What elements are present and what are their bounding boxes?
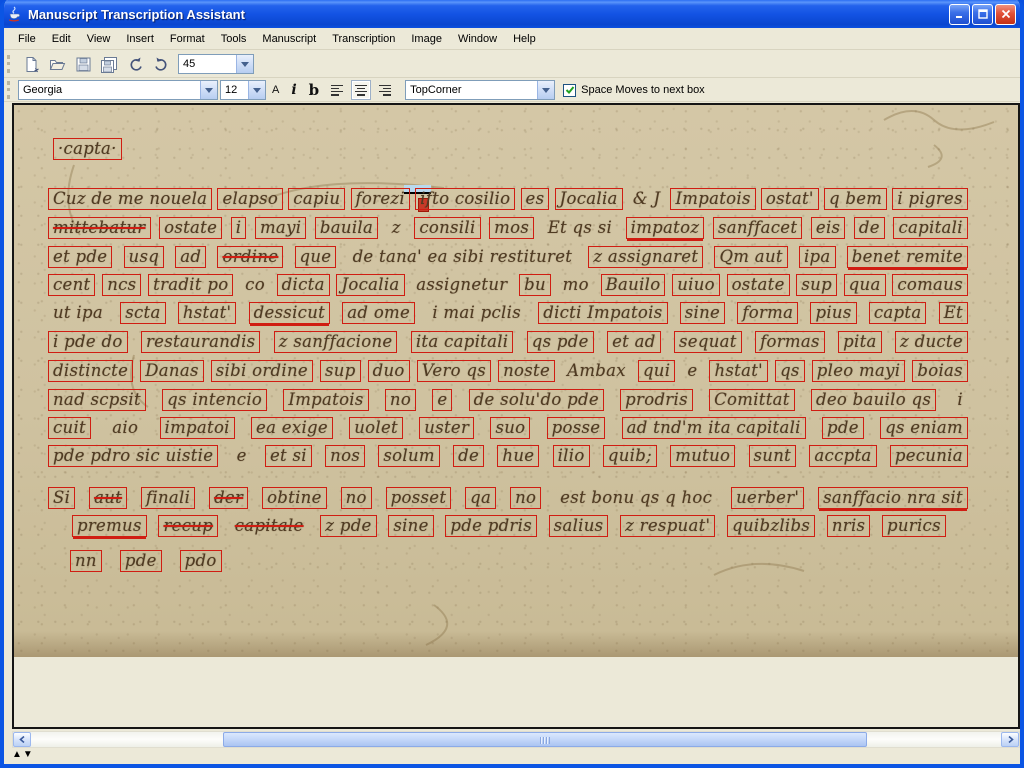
word-box[interactable]: ·capta·	[53, 138, 122, 160]
word-box[interactable]: restaurandis	[141, 331, 260, 353]
word-box[interactable]: pde pdro sic uistie	[48, 445, 218, 467]
word-box[interactable]: cent	[48, 274, 95, 296]
space-moves-checkbox[interactable]	[563, 84, 576, 97]
word-box[interactable]: i pigres	[892, 188, 967, 210]
word[interactable]: assignetur	[411, 274, 512, 296]
word-box[interactable]: pius	[810, 302, 856, 324]
manuscript-line: Siautfinaliderobtinenopossetqanoest bonu…	[48, 487, 968, 509]
font-size-dropdown-button[interactable]	[248, 81, 265, 99]
word-box[interactable]: duo	[368, 360, 410, 382]
word-box[interactable]: e	[432, 389, 452, 411]
redo-icon	[153, 56, 170, 73]
word-box[interactable]: suo	[490, 417, 530, 439]
menu-bar: FileEditViewInsertFormatToolsManuscriptT…	[4, 28, 1020, 50]
word-box[interactable]: Vero qs	[417, 360, 491, 382]
font-size-combobox[interactable]: 12	[220, 80, 266, 100]
menu-item-edit[interactable]: Edit	[44, 30, 79, 48]
word-box[interactable]: usq	[124, 246, 165, 268]
word-box[interactable]: hstat'	[178, 302, 237, 324]
word[interactable]: co	[240, 274, 270, 296]
window-title: Manuscript Transcription Assistant	[28, 7, 949, 22]
word-box[interactable]: nris	[827, 515, 870, 537]
word-box[interactable]: que	[295, 246, 337, 268]
word-box[interactable]: uolet	[349, 417, 403, 439]
menu-item-tools[interactable]: Tools	[213, 30, 255, 48]
word-box[interactable]: q bem	[824, 188, 887, 210]
menu-item-format[interactable]: Format	[162, 30, 213, 48]
word-box[interactable]: qs pde	[527, 331, 594, 353]
word-box[interactable]: nos	[325, 445, 365, 467]
word-box[interactable]: et si	[265, 445, 312, 467]
manuscript-line: Cuz de me nouelaelapsocapiuforeziifto co…	[48, 188, 968, 210]
zoom-combobox[interactable]: 45	[178, 54, 254, 74]
zoom-value[interactable]: 45	[179, 58, 236, 70]
undo-icon	[127, 56, 144, 73]
word-box[interactable]: Danas	[140, 360, 204, 382]
manuscript-line: cuitaioimpatoiea exigeuoletustersuoposse…	[48, 417, 968, 439]
word-box[interactable]: uerber'	[731, 487, 804, 509]
word-box[interactable]: sine	[388, 515, 433, 537]
align-left-icon	[331, 85, 343, 96]
word-box[interactable]: ea exige	[251, 417, 333, 439]
open-folder-icon	[49, 56, 66, 73]
word-box[interactable]: Impatois	[283, 389, 368, 411]
font-color-button[interactable]: A	[272, 84, 279, 96]
anchor-value[interactable]: TopCorner	[406, 84, 537, 96]
word-box[interactable]: ad tnd'm ita capitali	[622, 417, 806, 439]
word-box[interactable]: Bauilo	[601, 274, 666, 296]
save-icon	[75, 56, 92, 73]
word-box[interactable]: comaus	[892, 274, 968, 296]
manuscript-line: ·capta·	[53, 138, 968, 160]
word-box[interactable]: ad	[175, 246, 206, 268]
word-box[interactable]: cuit	[48, 417, 91, 439]
manuscript-line: centncstradit pocodictaJocaliaassignetur…	[48, 274, 968, 296]
word-box[interactable]: sup	[796, 274, 837, 296]
word-box[interactable]: es	[521, 188, 550, 210]
word-box[interactable]: dicti Impatois	[538, 302, 667, 324]
word-box[interactable]: Qm aut	[714, 246, 787, 268]
word-box[interactable]: forezi	[351, 188, 410, 210]
menu-item-manuscript[interactable]: Manuscript	[254, 30, 324, 48]
word-box[interactable]: solum	[378, 445, 439, 467]
word-box[interactable]: z sanffacione	[274, 331, 398, 353]
word[interactable]: Ambax	[562, 360, 631, 382]
toolbar-grip[interactable]	[7, 55, 14, 73]
manuscript-line: mittebaturostateimayibauilazconsilimosEt…	[48, 217, 968, 239]
word-box[interactable]: Cuz de me nouela	[48, 188, 212, 210]
word[interactable]: ut ipa	[48, 302, 108, 324]
word-box[interactable]: dessicut	[249, 302, 330, 324]
space-moves-label: Space Moves to next box	[581, 84, 705, 96]
word-box[interactable]: recup	[158, 515, 218, 537]
word-box[interactable]: capta	[869, 302, 927, 324]
chevron-down-icon	[205, 88, 213, 93]
word-box[interactable]: deo bauilo qs	[811, 389, 936, 411]
word-box[interactable]: sanffacet	[713, 217, 802, 239]
word-box[interactable]: scta	[120, 302, 165, 324]
scroll-left-button[interactable]	[13, 732, 31, 747]
word-box[interactable]: dicta	[277, 274, 330, 296]
arrow-right-icon	[1007, 736, 1014, 743]
horizontal-scrollbar[interactable]	[12, 731, 1020, 748]
word-box[interactable]: et ad	[607, 331, 661, 353]
main-toolbar: 45	[4, 51, 1020, 78]
word-box[interactable]: nad scpsit	[48, 389, 146, 411]
word-box[interactable]: no	[341, 487, 372, 509]
close-button[interactable]	[995, 4, 1016, 25]
word-box[interactable]: z assignaret	[588, 246, 703, 268]
save-button[interactable]	[71, 53, 95, 75]
word-box[interactable]: sup	[320, 360, 361, 382]
zoom-dropdown-button[interactable]	[236, 55, 253, 73]
word-box[interactable]: ostat'	[761, 188, 819, 210]
word-box[interactable]: qs eniam	[880, 417, 968, 439]
word-box[interactable]: mutuo	[670, 445, 735, 467]
scrollbar-thumb[interactable]	[223, 732, 867, 747]
word-box[interactable]: quibzlibs	[727, 515, 815, 537]
chevron-down-icon	[241, 62, 249, 67]
word-box[interactable]: pde pdris	[445, 515, 537, 537]
open-button[interactable]	[45, 53, 69, 75]
word-box[interactable]: accpta	[809, 445, 876, 467]
word[interactable]: Et qs si	[543, 217, 617, 239]
manuscript-line: ut ipasctahstat'dessicutad omei mai pcli…	[48, 302, 968, 324]
word-box[interactable]: premus	[72, 515, 147, 537]
align-center-button[interactable]	[351, 80, 371, 100]
maximize-button[interactable]	[972, 4, 993, 25]
manuscript-line: et pdeusqadordinequede tana' ea sibi res…	[48, 246, 968, 268]
word-box[interactable]: no	[385, 389, 416, 411]
word-box[interactable]: Si	[48, 487, 75, 509]
menu-item-window[interactable]: Window	[450, 30, 505, 48]
word-box[interactable]: ifto cosilio	[415, 188, 515, 210]
word[interactable]: e	[682, 360, 702, 382]
font-size-value[interactable]: 12	[221, 84, 248, 96]
word-box[interactable]: z pde	[320, 515, 376, 537]
word-box[interactable]: eis	[811, 217, 845, 239]
word-box[interactable]: Jocalia	[336, 274, 404, 296]
word-box[interactable]: boias	[912, 360, 968, 382]
word[interactable]: i	[952, 389, 968, 411]
word-box[interactable]: ilio	[553, 445, 590, 467]
word-box[interactable]: mittebatur	[48, 217, 151, 239]
minimize-icon	[955, 9, 965, 19]
redo-button[interactable]	[149, 53, 173, 75]
word-box[interactable]: mos	[489, 217, 534, 239]
word-box[interactable]: qs	[775, 360, 805, 382]
word-box[interactable]: nn	[70, 550, 102, 572]
chevron-down-icon	[253, 88, 261, 93]
menu-item-image[interactable]: Image	[403, 30, 450, 48]
word-box[interactable]: qui	[638, 360, 675, 382]
word-box[interactable]: pde	[120, 550, 162, 572]
word[interactable]: i mai pclis	[427, 302, 526, 324]
manuscript-line: distincteDanassibi ordinesupduoVero qsno…	[48, 360, 968, 382]
title-bar[interactable]: Manuscript Transcription Assistant	[0, 0, 1024, 28]
anchor-combobox[interactable]: TopCorner	[405, 80, 555, 100]
maximize-icon	[978, 9, 988, 19]
save-all-button[interactable]	[97, 53, 121, 75]
word-box[interactable]: no	[510, 487, 541, 509]
word-box[interactable]: consili	[414, 217, 480, 239]
word-box[interactable]: impatoz	[626, 217, 705, 239]
word-box[interactable]: et pde	[48, 246, 112, 268]
word-box[interactable]: formas	[755, 331, 825, 353]
word-box[interactable]: finali	[141, 487, 195, 509]
word-box[interactable]: ostate	[727, 274, 790, 296]
word-box[interactable]: de	[453, 445, 484, 467]
manuscript-line: i pde dorestaurandisz sanffacioneita cap…	[48, 331, 968, 353]
anchor-dropdown-button[interactable]	[537, 81, 554, 99]
word-box[interactable]: de solu'do pde	[469, 389, 604, 411]
italic-button[interactable]: i	[291, 82, 296, 98]
undo-button[interactable]	[123, 53, 147, 75]
word[interactable]: capitale	[230, 515, 309, 537]
word-box[interactable]: uster	[419, 417, 474, 439]
word-box[interactable]: z respuat'	[620, 515, 715, 537]
menu-item-file[interactable]: File	[10, 30, 44, 48]
word-box[interactable]: de	[854, 217, 885, 239]
checkmark-icon	[565, 85, 575, 95]
word-box[interactable]: z ducte	[895, 331, 968, 353]
format-toolbar: Georgia 12 A i b TopCorner	[4, 79, 1020, 102]
word-box[interactable]: pita	[838, 331, 882, 353]
manuscript-line: pde pdro sic uistieeet sinossolumdehueil…	[48, 445, 968, 467]
word-box[interactable]: prodris	[620, 389, 693, 411]
chevron-down-icon	[542, 88, 550, 93]
word-box[interactable]: obtine	[262, 487, 327, 509]
word-box[interactable]: qua	[844, 274, 886, 296]
word-box[interactable]: Comittat	[709, 389, 795, 411]
word-box[interactable]: pleo mayi	[812, 360, 906, 382]
word-box[interactable]: qa	[465, 487, 496, 509]
manuscript-line: nad scpsitqs intencioImpatoisnoede solu'…	[48, 389, 968, 411]
word-box[interactable]: capitali	[893, 217, 967, 239]
word-box[interactable]: sequat	[674, 331, 742, 353]
content-panel: ·capta·Cuz de me nouelaelapsocapiuforezi…	[12, 103, 1020, 729]
new-document-button[interactable]	[19, 53, 43, 75]
word-box[interactable]: posse	[547, 417, 606, 439]
word[interactable]: e	[232, 445, 252, 467]
word-box[interactable]: posset	[386, 487, 452, 509]
word-box[interactable]: bauila	[315, 217, 378, 239]
word[interactable]: mo	[558, 274, 594, 296]
java-cup-icon	[6, 6, 22, 22]
word-box[interactable]: tradit po	[148, 274, 233, 296]
word-box[interactable]: noste	[498, 360, 555, 382]
word-box[interactable]: sibi ordine	[211, 360, 313, 382]
word[interactable]: z	[387, 217, 406, 239]
menu-item-view[interactable]: View	[79, 30, 119, 48]
minimize-button[interactable]	[949, 4, 970, 25]
word-box[interactable]: elapso	[217, 188, 283, 210]
word-box[interactable]: Impatois	[670, 188, 755, 210]
word-box[interactable]: bu	[519, 274, 551, 296]
word-box[interactable]: sanffacio nra sit	[818, 487, 968, 509]
toolbar-grip[interactable]	[7, 81, 14, 99]
word-box[interactable]: i pde do	[48, 331, 128, 353]
font-family-combobox[interactable]: Georgia	[18, 80, 218, 100]
app-window: Manuscript Transcription Assistant FileE…	[0, 0, 1024, 768]
bold-button[interactable]: b	[309, 81, 320, 99]
close-icon	[1001, 9, 1011, 19]
word-box[interactable]: der	[209, 487, 248, 509]
word-box[interactable]: forma	[737, 302, 798, 324]
align-left-button[interactable]	[327, 80, 347, 100]
word[interactable]: & J	[628, 188, 665, 210]
manuscript-canvas[interactable]: ·capta·Cuz de me nouelaelapsocapiuforezi…	[14, 105, 1018, 657]
word-box[interactable]: ncs	[102, 274, 141, 296]
word-box[interactable]: distincte	[48, 360, 133, 382]
word-box[interactable]: sunt	[749, 445, 797, 467]
save-all-icon	[100, 56, 118, 73]
word-box[interactable]: pecunia	[890, 445, 968, 467]
word-box[interactable]: purics	[882, 515, 946, 537]
word-box[interactable]: salius	[549, 515, 609, 537]
word-box[interactable]: i	[231, 217, 247, 239]
word-box[interactable]: ita capitali	[411, 331, 514, 353]
scroll-right-button[interactable]	[1001, 732, 1019, 747]
manuscript-line: premusrecupcapitalez pdesinepde pdrissal…	[72, 515, 946, 537]
word-box[interactable]: ostate	[159, 217, 222, 239]
word-box[interactable]: pde	[822, 417, 864, 439]
menu-item-insert[interactable]: Insert	[118, 30, 162, 48]
menu-item-help[interactable]: Help	[505, 30, 544, 48]
splitter-down-arrow[interactable]: ▼	[23, 750, 33, 760]
word-box[interactable]: ad ome	[342, 302, 415, 324]
word-box[interactable]: hstat'	[709, 360, 768, 382]
word-box[interactable]: uiuo	[672, 274, 720, 296]
word-box[interactable]: benet remite	[847, 246, 968, 268]
font-family-value[interactable]: Georgia	[19, 84, 200, 96]
word-box[interactable]: impatoi	[160, 417, 235, 439]
word-box[interactable]: quib;	[603, 445, 657, 467]
align-right-icon	[379, 85, 391, 96]
word-box[interactable]: capiu	[288, 188, 345, 210]
align-center-icon	[355, 85, 367, 96]
word[interactable]: est bonu qs q hoc	[555, 487, 717, 509]
word[interactable]: aio	[107, 417, 143, 439]
word-box[interactable]: pdo	[180, 550, 222, 572]
new-document-icon	[23, 56, 40, 73]
word-box[interactable]: aut	[89, 487, 127, 509]
word-box[interactable]: mayi	[255, 217, 306, 239]
arrow-left-icon	[19, 736, 26, 743]
word-box[interactable]: ordine	[217, 246, 283, 268]
word-box[interactable]: sine	[680, 302, 725, 324]
font-family-dropdown-button[interactable]	[200, 81, 217, 99]
word-box[interactable]: qs intencio	[162, 389, 267, 411]
manuscript-line: nnpdepdo	[70, 550, 968, 572]
align-right-button[interactable]	[375, 80, 395, 100]
word-box[interactable]: Jocalia	[555, 188, 623, 210]
word-box[interactable]: ipa	[799, 246, 836, 268]
word[interactable]: de tana' ea sibi restituret	[348, 246, 578, 268]
splitter-control: ▲ ▼	[12, 750, 33, 760]
menu-item-transcription[interactable]: Transcription	[324, 30, 403, 48]
word-box[interactable]: hue	[497, 445, 539, 467]
word-box[interactable]: Et	[939, 302, 968, 324]
splitter-up-arrow[interactable]: ▲	[12, 750, 22, 760]
